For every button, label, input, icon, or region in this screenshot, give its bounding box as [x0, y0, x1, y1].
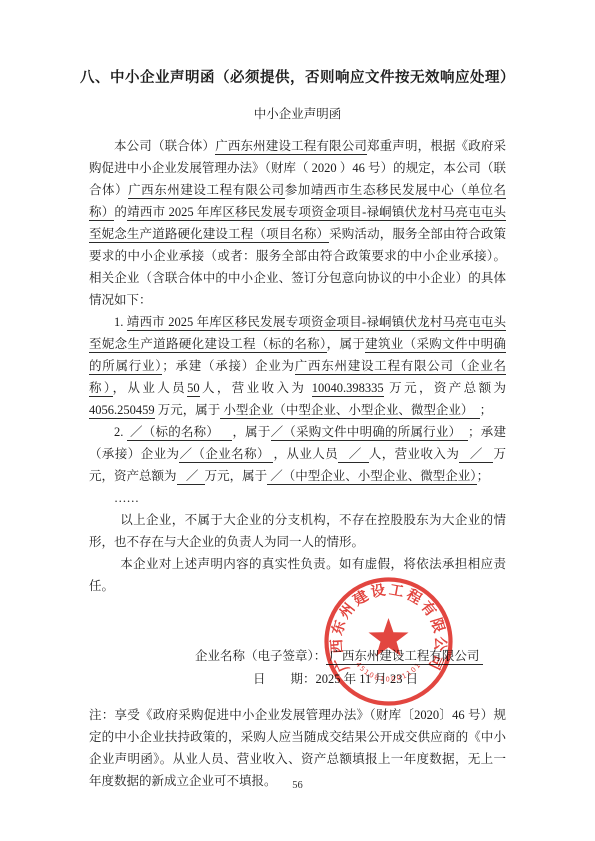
- filled-blank-text: 10040.398335: [312, 381, 384, 397]
- filled-blank-text: 50: [187, 381, 200, 397]
- body-text: 的: [114, 205, 127, 219]
- not-large-enterprise-paragraph: 以上企业，不属于大企业的分支机构，不存在控股股东为大企业的情形，也不存在与大企业…: [89, 509, 506, 553]
- document-heading: 八、中小企业声明函（必须提供，否则响应文件按无效响应处理）: [75, 66, 520, 87]
- page-number: 56: [0, 780, 595, 791]
- filled-blank-text: ／（企业名称）: [179, 447, 273, 463]
- body-text: 万元，属于: [155, 403, 221, 417]
- enterprise-item-2: 2. ／（标的名称） ，属于／（采购文件中明确的所属行业） ；承建（承接）企业为…: [89, 421, 506, 487]
- body-text: ，属于: [327, 337, 366, 351]
- body-text: ，属于: [232, 425, 270, 439]
- document-page: 八、中小企业声明函（必须提供，否则响应文件按无效响应处理） 中小企业声明函 本公…: [0, 0, 595, 841]
- note-paragraph: 注：享受《政府采购促进中小企业发展管理办法》（财库〔2020〕46 号）规定的中…: [89, 704, 506, 792]
- responsibility-paragraph: 本企业对上述声明内容的真实性负责。如有虚假，将依法承担相应责任。: [89, 553, 506, 597]
- ellipsis-line: ……: [89, 487, 506, 509]
- body-text: 2.: [114, 425, 127, 439]
- body-text: ；承建（承接）企业为: [162, 359, 295, 373]
- filled-blank-text: ／（标的名称）: [127, 425, 233, 441]
- date-value: 2025 年 11 月 23 日: [316, 672, 419, 686]
- filled-blank-text: 广西东州建设工程有限公司: [128, 183, 285, 199]
- signature-block: 企业名称（电子签章）： 广西东州建设工程有限公司 日 期：2025 年 11 月…: [89, 645, 506, 691]
- body-text: 1.: [114, 315, 127, 329]
- filled-blank-text: 广西东州建设工程有限公司: [215, 139, 367, 155]
- declaration-paragraph: 本公司（联合体）广西东州建设工程有限公司郑重声明，根据《政府采购促进中小企业发展…: [89, 135, 506, 311]
- body-text: 参加: [285, 183, 311, 197]
- body-text: 本公司（联合体）: [114, 139, 215, 153]
- body-text: 万元，属于: [205, 469, 268, 483]
- filled-blank-text: 小型企业（中型企业、小型企业、微型企业）: [220, 403, 479, 419]
- filled-blank-text: ／: [459, 447, 493, 463]
- body-text: ；: [480, 403, 493, 417]
- signature-company-line: 企业名称（电子签章）： 广西东州建设工程有限公司: [89, 645, 506, 668]
- body-text: ；: [477, 469, 490, 483]
- filled-blank-text: ／: [177, 469, 205, 485]
- filled-blank-text: 4056.250459: [89, 403, 155, 419]
- filled-blank-text: ／（中型企业、小型企业、微型企业）: [267, 469, 476, 485]
- signature-date-line: 日 期：2025 年 11 月 23 日: [89, 668, 506, 691]
- document-subheading: 中小企业声明函: [89, 104, 506, 122]
- body-text: 人，营业收入为: [200, 381, 312, 395]
- company-signature-value: 广西东州建设工程有限公司: [326, 649, 482, 665]
- company-signature-label: 企业名称（电子签章）：: [195, 649, 326, 663]
- body-text: ，从业人员: [273, 447, 338, 461]
- filled-blank-text: ／: [338, 447, 369, 463]
- body-text: 人，营业收入为: [369, 447, 459, 461]
- body-text: ，从业人员: [113, 381, 188, 395]
- filled-blank-text: ／（采购文件中明确的所属行业）: [271, 425, 468, 441]
- enterprise-item-1: 1. 靖西市 2025 年库区移民发展专项资金项目-禄峒镇伏龙村马亮屯屯头至妮念…: [89, 311, 506, 421]
- body-text: 万元，资产总额为: [384, 381, 506, 395]
- date-label: 日 期：: [253, 672, 316, 686]
